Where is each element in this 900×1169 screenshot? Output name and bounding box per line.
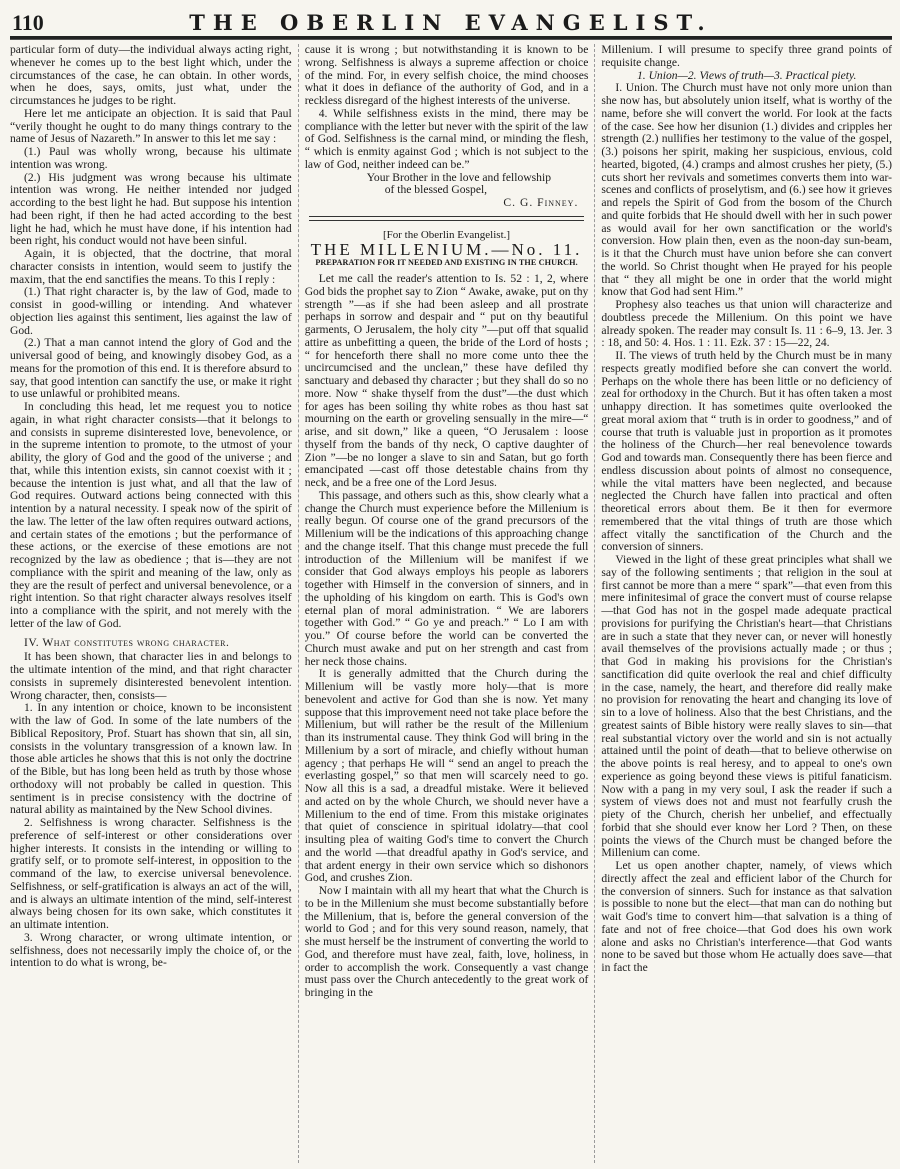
paragraph: Prophesy also teaches us that union will… (601, 299, 892, 350)
paragraph: Viewed in the light of these great princ… (601, 554, 892, 860)
journal-title: THE OBERLIN EVANGELIST. (12, 10, 890, 35)
column-2: cause it is wrong ; but notwithstanding … (298, 44, 595, 1163)
paragraph: 2. Selfishness is wrong character. Selfi… (10, 817, 292, 932)
paragraph: (1.) Paul was wholly wrong, because his … (10, 146, 292, 172)
paragraph: 3. Wrong character, or wrong ultimate in… (10, 932, 292, 970)
paragraph: It is generally admitted that the Church… (305, 668, 589, 885)
paragraph: Let me call the reader's attention to Is… (305, 273, 589, 490)
masthead-rule (10, 36, 892, 40)
paragraph: (2.) That a man cannot intend the glory … (10, 337, 292, 401)
author-signature: C. G. Finney. (305, 197, 589, 210)
article-divider (309, 216, 585, 221)
columns: particular form of duty—the individual a… (10, 44, 892, 1163)
paragraph: It has been shown, that character lies i… (10, 651, 292, 702)
paragraph: Now I maintain with all my heart that wh… (305, 885, 589, 1000)
paragraph: In concluding this head, let me request … (10, 401, 292, 631)
paragraph: Millenium. I will presume to specify thr… (601, 44, 892, 70)
paragraph: Again, it is objected, that the doctrine… (10, 248, 292, 286)
paragraph: This passage, and others such as this, s… (305, 490, 589, 669)
column-1: particular form of duty—the individual a… (10, 44, 298, 1163)
signoff: Your Brother in the love and fellowship … (305, 172, 589, 210)
article-title: THE MILLENIUM.—No. 11. (305, 244, 589, 257)
paragraph: 4. While selfishness exists in the mind,… (305, 108, 589, 172)
article-subtitle: PREPARATION FOR IT NEEDED AND EXISTING I… (305, 257, 589, 270)
masthead: 110 THE OBERLIN EVANGELIST. (12, 10, 890, 34)
paragraph: cause it is wrong ; but notwithstanding … (305, 44, 589, 108)
newspaper-page: 110 THE OBERLIN EVANGELIST. particular f… (0, 0, 900, 1169)
paragraph: Here let me anticipate an objection. It … (10, 108, 292, 146)
points-line: 1. Union—2. Views of truth—3. Practical … (637, 69, 856, 82)
paragraph: 1. In any intention or choice, known to … (10, 702, 292, 817)
paragraph: II. The views of truth held by the Churc… (601, 350, 892, 554)
paragraph: particular form of duty—the individual a… (10, 44, 292, 108)
section-heading: IV. What constitutes wrong character. (10, 637, 292, 650)
column-3: Millenium. I will presume to specify thr… (594, 44, 892, 1163)
paragraph: (2.) His judgment was wrong because his … (10, 172, 292, 249)
paragraph: I. Union. The Church must have not only … (601, 82, 892, 299)
paragraph: (1.) That right character is, by the law… (10, 286, 292, 337)
paragraph: Let us open another chapter, namely, of … (601, 860, 892, 975)
